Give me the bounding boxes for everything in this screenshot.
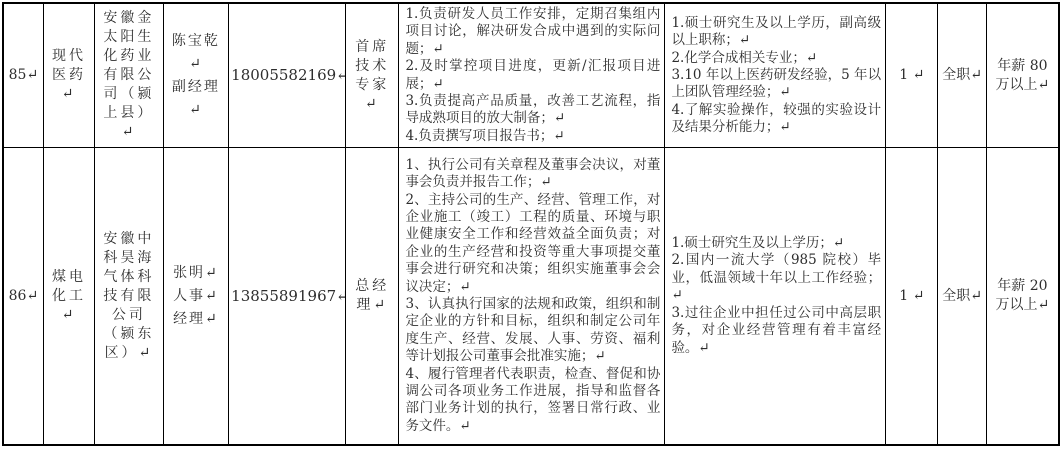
contact-name: 陈宝乾↵ — [166, 30, 226, 76]
cell-job-requirements: 1.硕士研究生及以上学历，副高级以上职称；↵ 2.化学合成相关专业；↵ 3.10… — [665, 3, 886, 148]
duty-item: 3、认真执行国家的法规和政策，组织和制定企业的方针和目标，组织和制定公司年度生产… — [405, 296, 660, 366]
contact-title: 经理↵ — [166, 308, 226, 331]
contact-title: 人事↵ — [166, 285, 226, 308]
cell-industry: 煤电 化工↵ — [43, 148, 94, 445]
cell-salary: 年薪 20 万以上↵ — [986, 148, 1059, 445]
cell-company-name: 安徽金 太阳生 化药业 有限公 司（颍 上县）↵ — [95, 3, 164, 148]
cell-phone-number: 18005582169↵ — [229, 3, 346, 148]
duty-item: 3.负责提高产品质量，改善工艺流程，指导成熟项目的放大制备；↵ — [405, 93, 660, 128]
recruitment-document-page: 85↵ 现代 医药↵ 安徽金 太阳生 化药业 有限公 司（颍 上县）↵ 陈宝乾↵… — [0, 0, 1064, 449]
cell-job-duties: 1、执行公司有关章程及董事会决议，对董事会负责并报告工作；↵ 2、主持公司的生产… — [399, 148, 665, 445]
duty-item: 4.负责撰写项目报告书；↵ — [405, 128, 660, 145]
contact-name: 张明↵ — [166, 262, 226, 285]
duty-item: 2.及时掌控项目进度，更新/汇报项目进展；↵ — [405, 58, 660, 93]
cell-employment-type: 全职↵ — [938, 3, 986, 148]
cell-job-requirements: 1.硕士研究生及以上学历；↵ 2.国内一流大学（985 院校）毕业，低温领域十年… — [665, 148, 886, 445]
cell-row-number: 86↵ — [3, 148, 43, 445]
requirement-item: 2.国内一流大学（985 院校）毕业，低温领域十年以上工作经验；↵ — [671, 252, 881, 304]
duty-item: 1.负责研发人员工作安排，定期召集组内项目讨论，解决研发合成中遇到的实际问题；↵ — [405, 6, 660, 58]
duty-item: 1、执行公司有关章程及董事会决议，对董事会负责并报告工作；↵ — [405, 157, 660, 192]
requirement-item: 2.化学合成相关专业；↵ — [671, 50, 881, 67]
recruitment-table: 85↵ 现代 医药↵ 安徽金 太阳生 化药业 有限公 司（颍 上县）↵ 陈宝乾↵… — [2, 2, 1060, 446]
contact-title: 副经理↵ — [166, 76, 226, 122]
cell-salary: 年薪 80 万以上↵ — [986, 3, 1059, 148]
job-row-85: 85↵ 现代 医药↵ 安徽金 太阳生 化药业 有限公 司（颍 上县）↵ 陈宝乾↵… — [3, 3, 1059, 148]
cell-headcount: 1 ↵ — [886, 3, 938, 148]
cell-position-title: 总经 理↵ — [346, 148, 399, 445]
cell-company-name: 安徽中 科昊海 气体科 技有限 公司 （颍东 区）↵ — [95, 148, 164, 445]
cell-industry: 现代 医药↵ — [43, 3, 94, 148]
cell-headcount: 1 ↵ — [886, 148, 938, 445]
requirement-item: 1.硕士研究生及以上学历，副高级以上职称；↵ — [671, 15, 881, 50]
cell-contact-person: 张明↵ 人事↵ 经理↵ — [163, 148, 228, 445]
cell-job-duties: 1.负责研发人员工作安排，定期召集组内项目讨论，解决研发合成中遇到的实际问题；↵… — [399, 3, 665, 148]
cell-employment-type: 全职↵ — [938, 148, 986, 445]
requirement-item: 3.10 年以上医药研发经验，5 年以上团队管理经验；↵ — [671, 67, 881, 102]
job-row-86: 86↵ 煤电 化工↵ 安徽中 科昊海 气体科 技有限 公司 （颍东 区）↵ 张明… — [3, 148, 1059, 445]
cell-contact-person: 陈宝乾↵ 副经理↵ — [163, 3, 228, 148]
duty-item: 4、履行管理者代表职责，检查、督促和协调公司各项业务工作进展，指导和监督各部门业… — [405, 366, 660, 436]
requirement-item: 4.了解实验操作，较强的实验设计及结果分析能力；↵ — [671, 102, 881, 137]
cell-row-number: 85↵ — [3, 3, 43, 148]
requirement-item: 3.过往企业中担任过公司中高层职务，对企业经营管理有着丰富经验。↵ — [671, 305, 881, 357]
requirement-item: 1.硕士研究生及以上学历；↵ — [671, 235, 881, 252]
cell-phone-number: 13855891967↵ — [229, 148, 346, 445]
cell-position-title: 首席 技术 专家↵ — [346, 3, 399, 148]
duty-item: 2、主持公司的生产、经营、管理工作，对企业施工（竣工）工程的质量、环境与职业健康… — [405, 192, 660, 296]
